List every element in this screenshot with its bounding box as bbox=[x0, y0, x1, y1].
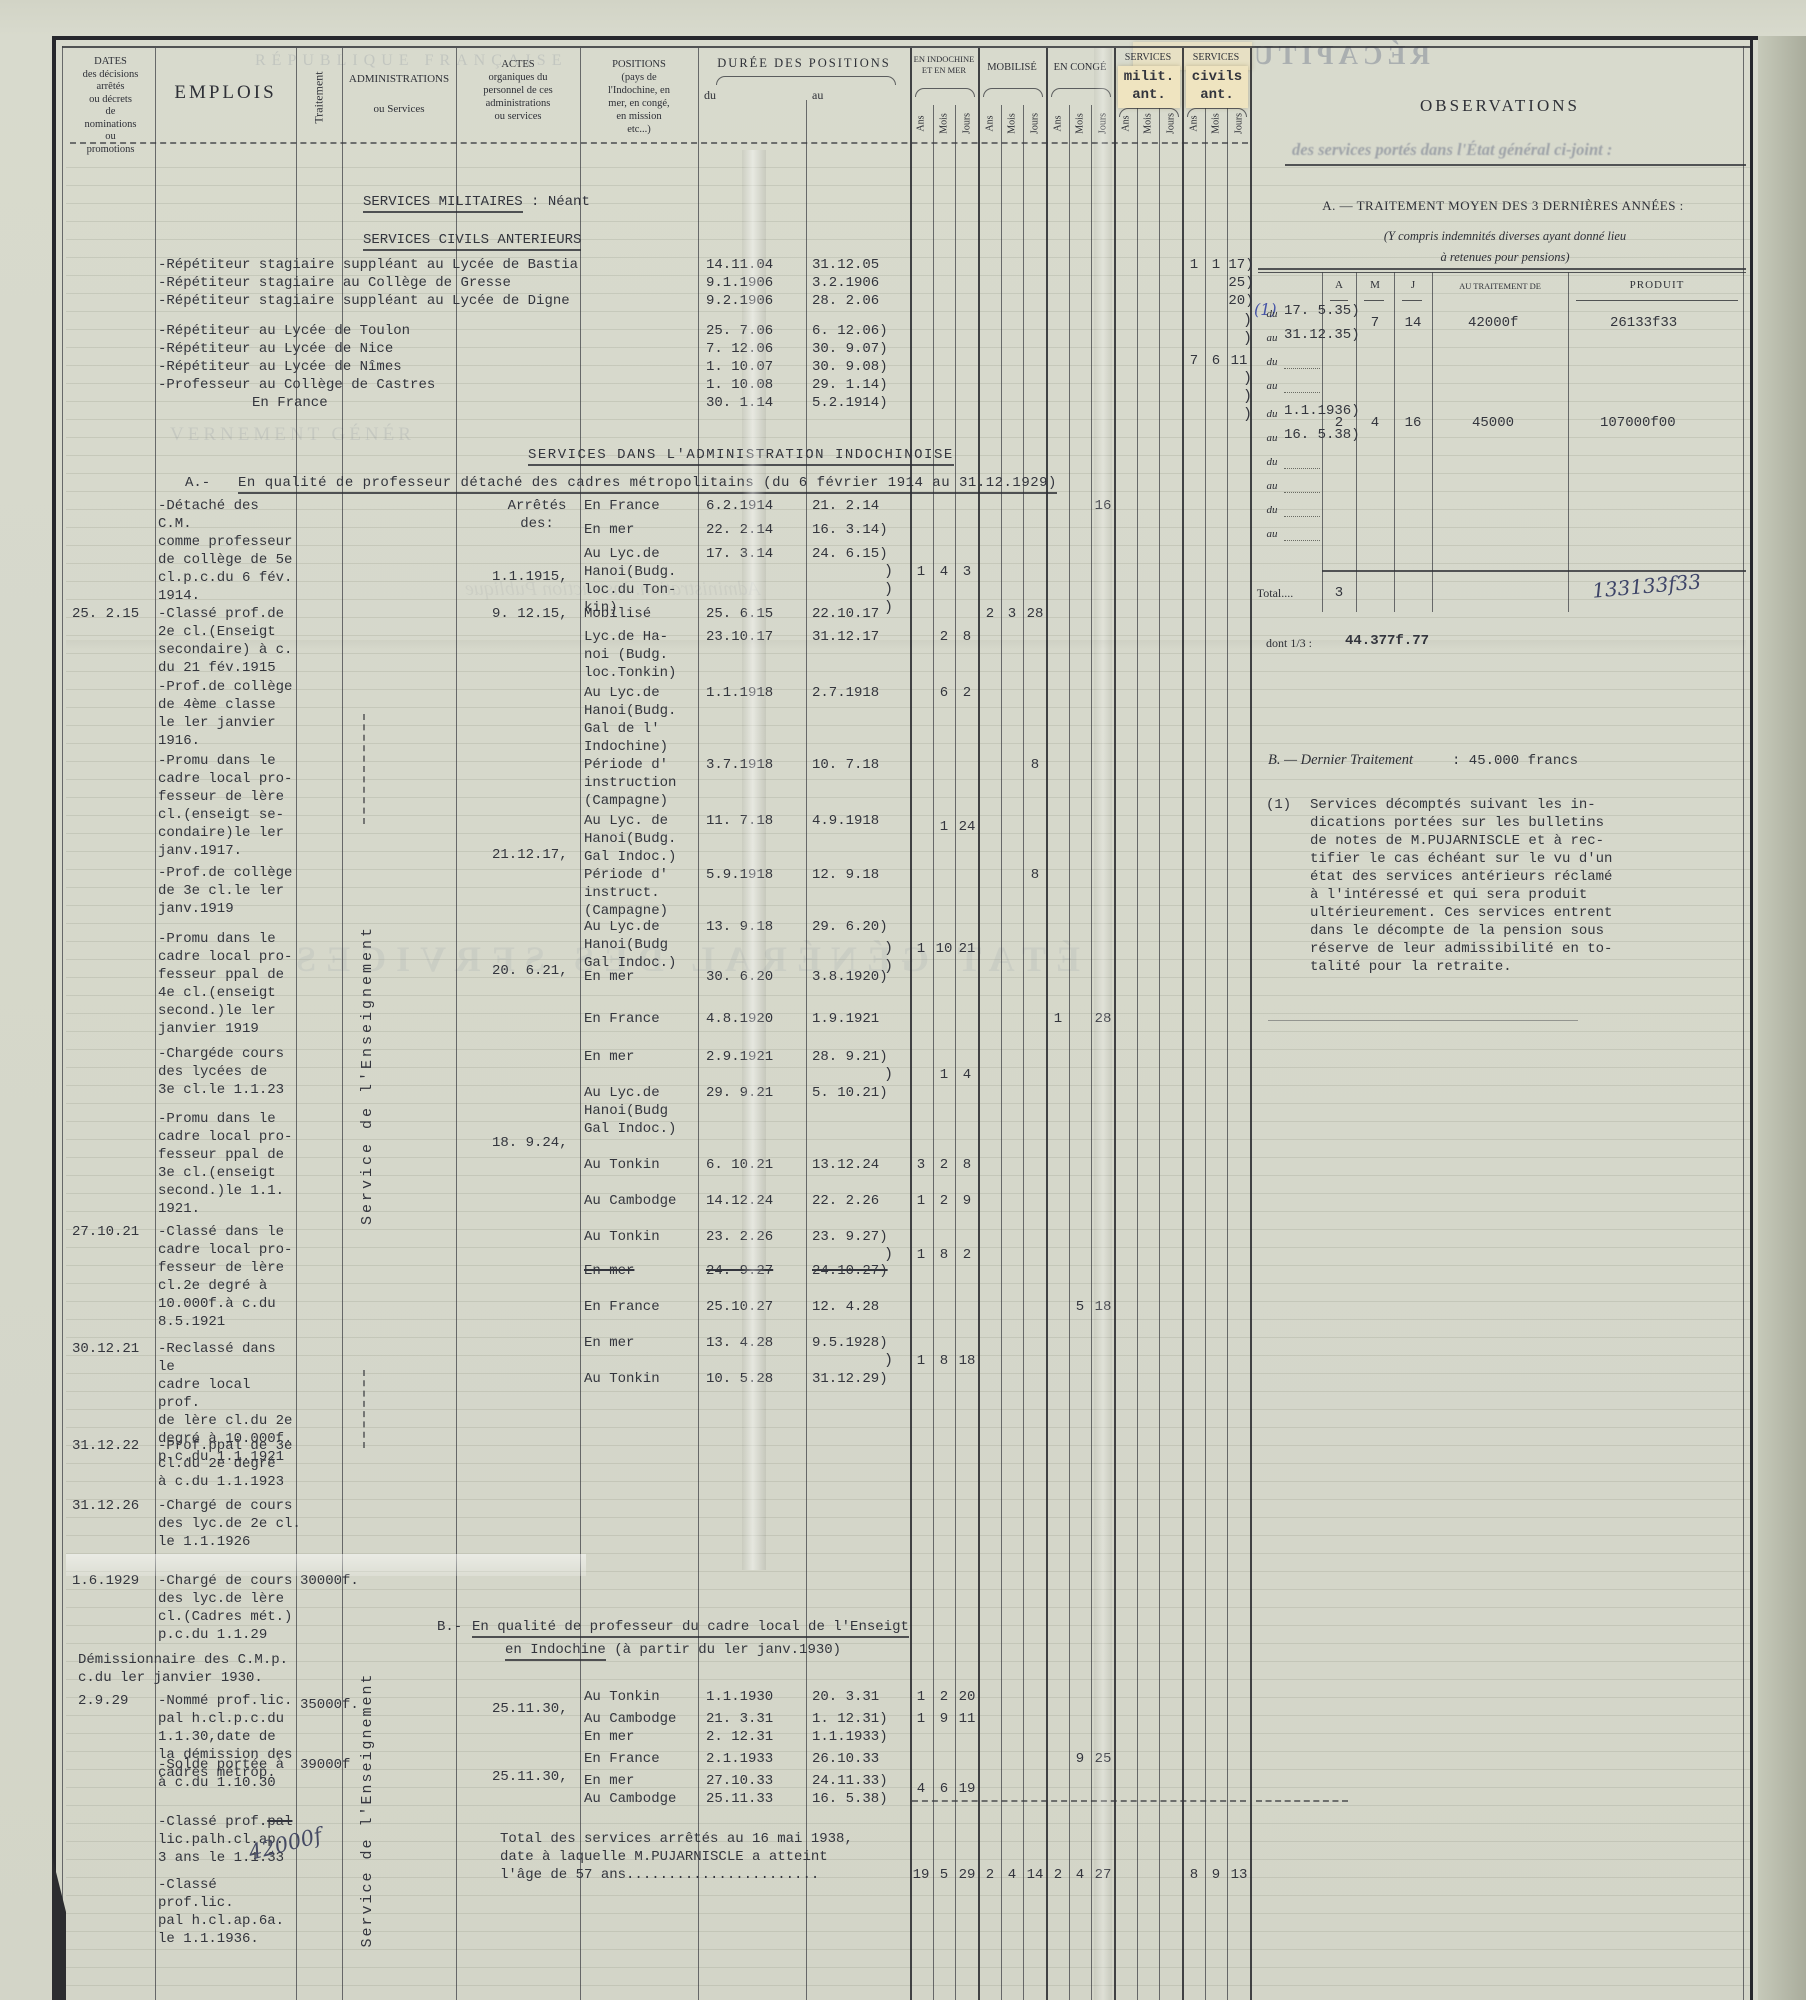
obs-du-leader bbox=[1284, 516, 1320, 517]
position-entry: En mer bbox=[584, 1728, 634, 1746]
obs-au-label: au bbox=[1262, 528, 1282, 540]
section-title-civils: SERVICES CIVILS ANTERIEURS bbox=[363, 231, 581, 249]
duration-cell-mobilise-jours: 28 bbox=[1018, 605, 1052, 623]
total-cell-civils-jours: 13 bbox=[1222, 1866, 1256, 1884]
obs-cell-traitement: 45000 bbox=[1472, 414, 1514, 432]
emploi-entry: Démissionnaire des C.M.p. c.du ler janvi… bbox=[78, 1651, 308, 1687]
date-decision: 27.10.21 bbox=[72, 1223, 139, 1241]
grid-line bbox=[155, 48, 156, 2000]
obs-du-leader bbox=[1284, 368, 1320, 369]
position-entry: En France bbox=[584, 1010, 660, 1028]
obs-au-label: au bbox=[1262, 480, 1282, 492]
subcol-jours-icon: Jours bbox=[1098, 102, 1109, 146]
grid-line bbox=[698, 48, 699, 2000]
fold-crease-horizontal bbox=[66, 640, 1746, 650]
position-entry: Au Tonkin bbox=[584, 1156, 660, 1174]
paper-top-margin bbox=[0, 0, 1806, 36]
obs-du-label: du bbox=[1262, 456, 1282, 468]
duration-cell-conge-jours: 16 bbox=[1086, 497, 1120, 515]
obs-cell-m: 4 bbox=[1358, 414, 1392, 432]
duration-au: 31.12.05 bbox=[812, 256, 879, 274]
subcol-ans-icon: Ans bbox=[985, 102, 996, 146]
duration-cell-conge-jours: 25 bbox=[1086, 1750, 1120, 1768]
duration-cell-civils-jours: 25) bbox=[1224, 274, 1258, 292]
duration-du: 23.10.17 bbox=[706, 628, 773, 646]
position-entry: Au Lyc. de Hanoi(Budg. Gal Indoc.) bbox=[584, 812, 696, 866]
emploi-entry: -Classé prof.lic. pal h.cl.ap.6a. le 1.1… bbox=[158, 1876, 298, 1948]
frame-top-outer bbox=[52, 36, 1758, 40]
traitement-value: 35000f. bbox=[300, 1696, 359, 1714]
duration-au: 10. 7.18 bbox=[812, 756, 879, 774]
duration-du: 22. 2.14 bbox=[706, 521, 773, 539]
obs-col-j: J bbox=[1394, 279, 1432, 291]
obs-total-label: Total.... bbox=[1230, 586, 1320, 601]
column-header-civils-ant: civils ant. bbox=[1186, 68, 1248, 104]
obs-col-m: M bbox=[1356, 279, 1394, 291]
duration-au: 20. 3.31 bbox=[812, 1688, 879, 1706]
grid-line bbox=[1001, 105, 1002, 2000]
emploi-entry: -Classé prof.pal bbox=[158, 1813, 292, 1831]
obs-au-leader bbox=[1284, 540, 1320, 541]
duration-du: 23. 2.26 bbox=[706, 1228, 773, 1246]
column-header-actes: ACTES organiques du personnel de ces adm… bbox=[456, 58, 580, 123]
duration-du: 13. 4.28 bbox=[706, 1334, 773, 1352]
duration-du: 6.2.1914 bbox=[706, 497, 773, 515]
duration-cell-civils-jours: 20) bbox=[1224, 292, 1258, 310]
duration-au: 3.8.1920) bbox=[812, 968, 888, 986]
administration-vertical-label: Service de l'Enseignement bbox=[359, 805, 377, 1345]
acte-entry: 25.11.30, bbox=[492, 1768, 568, 1786]
emploi-entry: -Classé prof.de 2e cl.(Enseigt secondair… bbox=[158, 605, 298, 677]
traitement-value: 39000f bbox=[300, 1756, 350, 1774]
duration-au: 4.9.1918 bbox=[812, 812, 879, 830]
duration-cell-mobilise-jours: 8 bbox=[1018, 866, 1052, 884]
duration-au: 30. 9.07) bbox=[812, 340, 888, 358]
traitement-value: 30000f. bbox=[300, 1572, 359, 1590]
obs-note-text: Services décomptés suivant les in- dicat… bbox=[1310, 796, 1655, 976]
scanned-service-record-form: RÉCAPITU des services portés dans l'État… bbox=[0, 0, 1806, 2000]
emploi-entry: -Répétiteur stagiaire au Collège de Gres… bbox=[158, 274, 511, 292]
duration-du: 5.9.1918 bbox=[706, 866, 773, 884]
emploi-entry: -Prof.de collège de 4ème classe le ler j… bbox=[158, 678, 298, 750]
duration-au: 1.1.1933) bbox=[812, 1728, 888, 1746]
duration-cell-civils-jours: 11 bbox=[1222, 352, 1256, 370]
observations-top-rule bbox=[1285, 164, 1746, 166]
obs-du-leader bbox=[1284, 468, 1320, 469]
group-paren: ) bbox=[1243, 330, 1252, 348]
date-decision: 31.12.26 bbox=[72, 1497, 139, 1515]
duration-au: 29. 1.14) bbox=[812, 376, 888, 394]
emploi-entry: -Chargé de cours des lyc.de 2e cl. le 1.… bbox=[158, 1497, 302, 1551]
date-decision: 2.9.29 bbox=[78, 1692, 128, 1710]
duration-au: 12. 9.18 bbox=[812, 866, 879, 884]
paper-right-edge bbox=[1758, 0, 1806, 2000]
duration-au: 9.5.1928) bbox=[812, 1334, 888, 1352]
subcol-jours-icon: Jours bbox=[1166, 102, 1177, 146]
group-paren: ) bbox=[1243, 370, 1252, 388]
duration-du: 30. 6.20 bbox=[706, 968, 773, 986]
position-entry: En France bbox=[584, 497, 660, 515]
section-title-militaires: SERVICES MILITAIRES : Néant bbox=[363, 193, 590, 211]
duration-au: 16. 3.14) bbox=[812, 521, 888, 539]
obs-table-line bbox=[1568, 272, 1569, 612]
emploi-entry: -Promu dans le cadre local pro- fesseur … bbox=[158, 752, 298, 860]
emploi-entry: -Répétiteur stagiaire suppléant au Lycée… bbox=[158, 256, 578, 274]
emploi-entry: -Prof.ppal de 3e cl.du 2e degré à c.du 1… bbox=[158, 1437, 298, 1491]
duration-au: 21. 2.14 bbox=[812, 497, 879, 515]
column-header-duree: DURÉE DES POSITIONS bbox=[700, 56, 908, 71]
emploi-entry: -Chargé de cours des lyc.de lère cl.(Cad… bbox=[158, 1572, 298, 1644]
duration-cell-indochine-jours: 8 bbox=[950, 1156, 984, 1174]
grid-line bbox=[1069, 105, 1070, 2000]
duration-du: 13. 9.18 bbox=[706, 918, 773, 936]
duration-au: 12. 4.28 bbox=[812, 1298, 879, 1316]
duration-cell-indochine-jours: 19 bbox=[950, 1780, 984, 1798]
duration-au: 29. 6.20) bbox=[812, 918, 888, 936]
duration-au: 6. 12.06) bbox=[812, 322, 888, 340]
acte-entry: 18. 9.24, bbox=[492, 1134, 568, 1152]
duration-du-struck: 24. 9.27 bbox=[706, 1262, 773, 1280]
duration-cell-conge-ans: 1 bbox=[1041, 1010, 1075, 1028]
column-header-du: du bbox=[704, 88, 734, 103]
position-entry: Au Cambodge bbox=[584, 1192, 676, 1210]
emploi-entry: -Solde portée à à c.du 1.10.30 bbox=[158, 1756, 298, 1792]
position-entry: Au Cambodge bbox=[584, 1710, 676, 1728]
duration-du: 1.1.1918 bbox=[706, 684, 773, 702]
obs-du-label: du bbox=[1262, 308, 1282, 320]
section-title-militaires-value: : Néant bbox=[523, 194, 590, 210]
position-entry: En mer bbox=[584, 1048, 634, 1066]
acte-entry: 21.12.17, bbox=[492, 846, 568, 864]
duration-au: 24. 6.15) bbox=[812, 545, 888, 563]
group-paren: ) bbox=[1243, 388, 1252, 406]
duration-au: 23. 9.27) bbox=[812, 1228, 888, 1246]
duration-du: 25. 6.15 bbox=[706, 605, 773, 623]
obs-cell-produit: 107000f00 bbox=[1600, 414, 1676, 432]
duration-du: 2. 12.31 bbox=[706, 1728, 773, 1746]
position-entry: Période d' instruct. (Campagne) bbox=[584, 866, 696, 920]
duration-au: 1.9.1921 bbox=[812, 1010, 879, 1028]
obs-note-rule bbox=[1268, 1020, 1578, 1021]
duration-au: 5.2.1914) bbox=[812, 394, 888, 412]
grid-line bbox=[1137, 105, 1138, 2000]
position-entry: Au Cambodge bbox=[584, 1790, 676, 1808]
duration-du: 25. 7.06 bbox=[706, 322, 773, 340]
duration-du: 21. 3.31 bbox=[706, 1710, 773, 1728]
obs-total-a: 3 bbox=[1322, 584, 1356, 602]
grid-line bbox=[1023, 105, 1024, 2000]
duration-cell-indochine-jours: 11 bbox=[950, 1710, 984, 1728]
duration-au: 13.12.24 bbox=[812, 1156, 879, 1174]
duration-du: 29. 9.21 bbox=[706, 1084, 773, 1102]
obs-section-a-title: A. — TRAITEMENT MOYEN DES 3 DERNIÈRES AN… bbox=[1268, 198, 1738, 214]
subcol-jours-icon: Jours bbox=[1030, 102, 1041, 146]
section-b-title-line2: en Indochine (à partir du ler janv.1930) bbox=[505, 1641, 841, 1659]
position-entry-struck: En mer bbox=[584, 1262, 634, 1280]
duration-cell-indochine-jours: 2 bbox=[950, 1246, 984, 1264]
duration-cell-indochine-jours: 24 bbox=[950, 818, 984, 836]
duration-du: 30. 1.14 bbox=[706, 394, 773, 412]
emploi-entry: -Répétiteur au Lycée de Nice bbox=[158, 340, 393, 358]
obs-header-rule bbox=[1402, 300, 1422, 301]
column-header-mobilise: MOBILISÉ bbox=[978, 62, 1046, 73]
subcol-ans-icon: Ans bbox=[1121, 102, 1132, 146]
obs-cell-produit: 26133f33 bbox=[1610, 314, 1677, 332]
duration-au: 5. 10.21) bbox=[812, 1084, 888, 1102]
position-entry: Au Tonkin bbox=[584, 1370, 660, 1388]
emploi-entry: -Chargéde cours des lycées de 3e cl.le 1… bbox=[158, 1045, 298, 1099]
subcol-mois-icon: Mois bbox=[1143, 102, 1154, 146]
duration-du: 7. 12.06 bbox=[706, 340, 773, 358]
position-entry: En mer bbox=[584, 521, 634, 539]
column-header-indochine: EN INDOCHINE ET EN MER bbox=[910, 54, 978, 76]
group-paren: ) bbox=[884, 599, 893, 617]
obs-cell-j: 14 bbox=[1396, 314, 1430, 332]
obs-header-rule bbox=[1364, 300, 1384, 301]
obs-au-leader bbox=[1284, 492, 1320, 493]
emploi-entry: -Prof.de collège de 3e cl.le ler janv.19… bbox=[158, 864, 298, 918]
duration-cell-civils-jours: 17) bbox=[1224, 256, 1258, 274]
administration-ditto-dashes bbox=[363, 1370, 365, 1448]
emploi-entry: -Répétiteur stagiaire suppléant au Lycée… bbox=[158, 292, 570, 310]
subcol-mois-icon: Mois bbox=[1075, 102, 1086, 146]
duration-au: 22. 2.26 bbox=[812, 1192, 879, 1210]
duration-du: 14.11.04 bbox=[706, 256, 773, 274]
section-b-title-line1: En qualité de professeur du cadre local … bbox=[472, 1618, 909, 1636]
date-decision: 25. 2.15 bbox=[72, 605, 139, 623]
duration-au: 31.12.17 bbox=[812, 628, 879, 646]
duration-du: 1. 10.07 bbox=[706, 358, 773, 376]
duration-au: 2.7.1918 bbox=[812, 684, 879, 702]
mobilise-brace bbox=[983, 88, 1043, 97]
acte-entry: 20. 6.21, bbox=[492, 962, 568, 980]
total-cell-conge-jours: 27 bbox=[1086, 1866, 1120, 1884]
emploi-entry: -Classé dans le cadre local pro- fesseur… bbox=[158, 1223, 298, 1331]
duree-brace bbox=[716, 76, 896, 85]
grid-line bbox=[806, 100, 807, 2000]
obs-au-label: au bbox=[1262, 380, 1282, 392]
grid-line bbox=[978, 48, 980, 2000]
position-entry: En France bbox=[584, 1750, 660, 1768]
obs-table-top-rule bbox=[1258, 268, 1746, 270]
group-paren: ) bbox=[1243, 406, 1252, 424]
group-paren: ) bbox=[884, 581, 893, 599]
obs-section-a-subtitle: (Y compris indemnités diverses ayant don… bbox=[1285, 226, 1725, 268]
date-decision: 30.12.21 bbox=[72, 1340, 139, 1358]
conge-brace bbox=[1051, 88, 1111, 97]
acte-entry: Arrêtés des: bbox=[497, 497, 577, 533]
section-a-prefix: A.- bbox=[185, 474, 210, 492]
duration-du: 17. 3.14 bbox=[706, 545, 773, 563]
duration-au: 24.11.33) bbox=[812, 1772, 888, 1790]
grid-line bbox=[1182, 48, 1184, 2000]
column-header-services-milit: SERVICES bbox=[1114, 52, 1182, 63]
obs-table-top-rule2 bbox=[1258, 272, 1746, 273]
obs-du-value: 17. 5.35) bbox=[1284, 302, 1360, 320]
duration-cell-conge-jours: 18 bbox=[1086, 1298, 1120, 1316]
column-header-positions: POSITIONS (pays de l'Indochine, en mer, … bbox=[580, 58, 698, 136]
acte-entry: 9. 12.15, bbox=[492, 605, 568, 623]
column-header-emplois: EMPLOIS bbox=[155, 82, 296, 104]
section-title-indochine: SERVICES DANS L'ADMINISTRATION INDOCHINO… bbox=[528, 446, 954, 464]
duration-au-struck: 24.10.27) bbox=[812, 1262, 888, 1280]
group-paren: ) bbox=[1243, 312, 1252, 330]
obs-col-traitement: AU TRAITEMENT DE bbox=[1434, 281, 1566, 291]
grid-line bbox=[580, 48, 581, 2000]
obs-col-produit: PRODUIT bbox=[1568, 279, 1746, 291]
subcol-ans-icon: Ans bbox=[1053, 102, 1064, 146]
column-header-conge: EN CONGÉ bbox=[1046, 62, 1114, 73]
administration-vertical-label: Service de l'Enseignement bbox=[359, 1635, 377, 1985]
subcol-jours-icon: Jours bbox=[1234, 102, 1245, 146]
grid-line bbox=[1091, 105, 1092, 2000]
duration-au: 31.12.29) bbox=[812, 1370, 888, 1388]
duration-cell-indochine-jours: 2 bbox=[950, 684, 984, 702]
duration-cell-indochine-jours: 18 bbox=[950, 1352, 984, 1370]
obs-cell-a: 2 bbox=[1322, 414, 1356, 432]
subcol-mois-icon: Mois bbox=[1211, 102, 1222, 146]
obs-b-value: : 45.000 francs bbox=[1452, 752, 1578, 770]
frame-left-inner bbox=[62, 46, 63, 2000]
obs-au-label: au bbox=[1262, 332, 1282, 344]
duration-cell-conge-jours: 28 bbox=[1086, 1010, 1120, 1028]
obs-table-line bbox=[1394, 272, 1395, 612]
subcol-ans-icon: Ans bbox=[916, 102, 927, 146]
position-entry: Lyc.de Ha- noi (Budg. loc.Tonkin) bbox=[584, 628, 696, 682]
duration-au: 30. 9.08) bbox=[812, 358, 888, 376]
grid-line bbox=[1227, 105, 1228, 2000]
group-paren: ) bbox=[884, 1352, 893, 1370]
obs-au-leader bbox=[1284, 392, 1320, 393]
column-header-services-civils: SERVICES bbox=[1182, 52, 1250, 63]
duration-cell-mobilise-jours: 8 bbox=[1018, 756, 1052, 774]
subcol-mois-icon: Mois bbox=[939, 102, 950, 146]
position-entry: Au Lyc.de Hanoi(Budg. Gal de l' Indochin… bbox=[584, 684, 696, 756]
duration-du: 14.12.24 bbox=[706, 1192, 773, 1210]
column-header-au: au bbox=[812, 88, 842, 103]
struck-word: pal bbox=[267, 1814, 292, 1830]
column-header-dates: DATES des décisions arrêtés ou décrets d… bbox=[66, 56, 155, 156]
emploi-entry: -Professeur au Collège de Castres bbox=[158, 376, 435, 394]
obs-b-label: B. — Dernier Traitement bbox=[1268, 752, 1468, 769]
indochine-brace bbox=[915, 88, 975, 97]
bleedthrough-etat-line: des services portés dans l'État général … bbox=[1292, 140, 1752, 160]
group-paren: ) bbox=[884, 940, 893, 958]
position-entry: En mer bbox=[584, 1334, 634, 1352]
totals-separator-dashes bbox=[1256, 1800, 1348, 1802]
duration-cell-indochine-jours: 9 bbox=[950, 1192, 984, 1210]
duration-du: 27.10.33 bbox=[706, 1772, 773, 1790]
position-entry: Au Lyc.de Hanoi(Budg Gal Indoc.) bbox=[584, 918, 696, 972]
duration-du: 10. 5.28 bbox=[706, 1370, 773, 1388]
column-header-milit-ant: milit. ant. bbox=[1118, 68, 1180, 104]
position-entry: Mobilisé bbox=[584, 605, 651, 623]
obs-du-label: du bbox=[1262, 408, 1282, 420]
duration-au: 22.10.17 bbox=[812, 605, 879, 623]
obs-cell-traitement: 42000f bbox=[1468, 314, 1518, 332]
grid-line bbox=[456, 48, 457, 2000]
duration-au: 1. 12.31) bbox=[812, 1710, 888, 1728]
frame-right-outer bbox=[1750, 36, 1753, 2000]
position-entry: En mer bbox=[584, 1772, 634, 1790]
emploi-entry: En France bbox=[252, 394, 328, 412]
position-entry: Au Lyc.de Hanoi(Budg Gal Indoc.) bbox=[584, 1084, 696, 1138]
duration-du: 25.11.33 bbox=[706, 1790, 773, 1808]
frame-top-inner bbox=[62, 46, 1752, 48]
obs-cell-m: 7 bbox=[1358, 314, 1392, 332]
column-header-administrations: ADMINISTRATIONS ou Services bbox=[342, 72, 456, 117]
subcol-mois-icon: Mois bbox=[1007, 102, 1018, 146]
duration-du: 25.10.27 bbox=[706, 1298, 773, 1316]
column-header-traitement: Traitement bbox=[312, 58, 327, 138]
emploi-entry: -Répétiteur au Lycée de Toulon bbox=[158, 322, 410, 340]
emploi-entry: -Répétiteur au Lycée de Nîmes bbox=[158, 358, 402, 376]
bleedthrough-gouvernement: VERNEMENT GÉNÉR bbox=[170, 424, 690, 446]
obs-au-label: au bbox=[1262, 432, 1282, 444]
obs-total-produit-handwritten: 133133f33 bbox=[1591, 569, 1702, 602]
subcol-ans-icon: Ans bbox=[1189, 102, 1200, 146]
frame-left-outer bbox=[52, 36, 56, 2000]
acte-entry: 25.11.30, bbox=[492, 1700, 568, 1718]
duration-du: 2.1.1933 bbox=[706, 1750, 773, 1768]
obs-du-label: du bbox=[1262, 504, 1282, 516]
duration-cell-indochine-jours: 3 bbox=[950, 563, 984, 581]
duration-cell-indochine-jours: 4 bbox=[950, 1066, 984, 1084]
duration-au: 16. 5.38) bbox=[812, 1790, 888, 1808]
totals-label: Total des services arrêtés au 16 mai 193… bbox=[500, 1830, 940, 1884]
section-title-militaires-label: SERVICES MILITAIRES bbox=[363, 194, 523, 213]
obs-du-label: du bbox=[1262, 356, 1282, 368]
duration-au: 3.2.1906 bbox=[812, 274, 879, 292]
obs-header-rule bbox=[1330, 300, 1348, 301]
position-entry: Période d' instruction (Campagne) bbox=[584, 756, 696, 810]
duration-du: 11. 7.18 bbox=[706, 812, 773, 830]
emploi-entry: -Promu dans le cadre local pro- fesseur … bbox=[158, 1110, 298, 1218]
obs-dont-label: dont 1/3 : bbox=[1266, 636, 1336, 651]
position-entry: Au Tonkin bbox=[584, 1228, 660, 1246]
grid-line bbox=[1159, 105, 1160, 2000]
section-a-title: En qualité de professeur détaché des cad… bbox=[238, 474, 1057, 492]
duration-cell-indochine-jours: 8 bbox=[950, 628, 984, 646]
acte-entry: 1.1.1915, bbox=[492, 568, 568, 586]
duration-du: 2.9.1921 bbox=[706, 1048, 773, 1066]
duration-au: 28. 9.21) bbox=[812, 1048, 888, 1066]
duration-au: 26.10.33 bbox=[812, 1750, 879, 1768]
duration-du: 9.2.1906 bbox=[706, 292, 773, 310]
grid-line bbox=[1205, 105, 1206, 2000]
totals-separator-dashes bbox=[912, 1800, 1246, 1802]
duration-du: 4.8.1920 bbox=[706, 1010, 773, 1028]
duration-du: 1.1.1930 bbox=[706, 1688, 773, 1706]
duration-du: 1. 10.08 bbox=[706, 376, 773, 394]
frame-right-inner bbox=[1743, 46, 1744, 2000]
obs-note-number: (1) bbox=[1266, 796, 1291, 814]
obs-au-value: 31.12.35) bbox=[1284, 326, 1360, 344]
header-separator bbox=[70, 142, 1248, 144]
section-b-prefix: B.- bbox=[437, 1618, 462, 1636]
subcol-jours-icon: Jours bbox=[962, 102, 973, 146]
obs-col-a: A bbox=[1322, 279, 1356, 291]
obs-table-line bbox=[1432, 272, 1433, 612]
duration-au: 28. 2.06 bbox=[812, 292, 879, 310]
group-paren: ) bbox=[884, 1066, 893, 1084]
administration-ditto-dashes bbox=[363, 714, 365, 824]
obs-cell-j: 16 bbox=[1396, 414, 1430, 432]
position-entry: Au Tonkin bbox=[584, 1688, 660, 1706]
emploi-entry: -Promu dans le cadre local pro- fesseur … bbox=[158, 930, 298, 1038]
duration-du: 3.7.1918 bbox=[706, 756, 773, 774]
date-decision: 31.12.22 bbox=[72, 1437, 139, 1455]
